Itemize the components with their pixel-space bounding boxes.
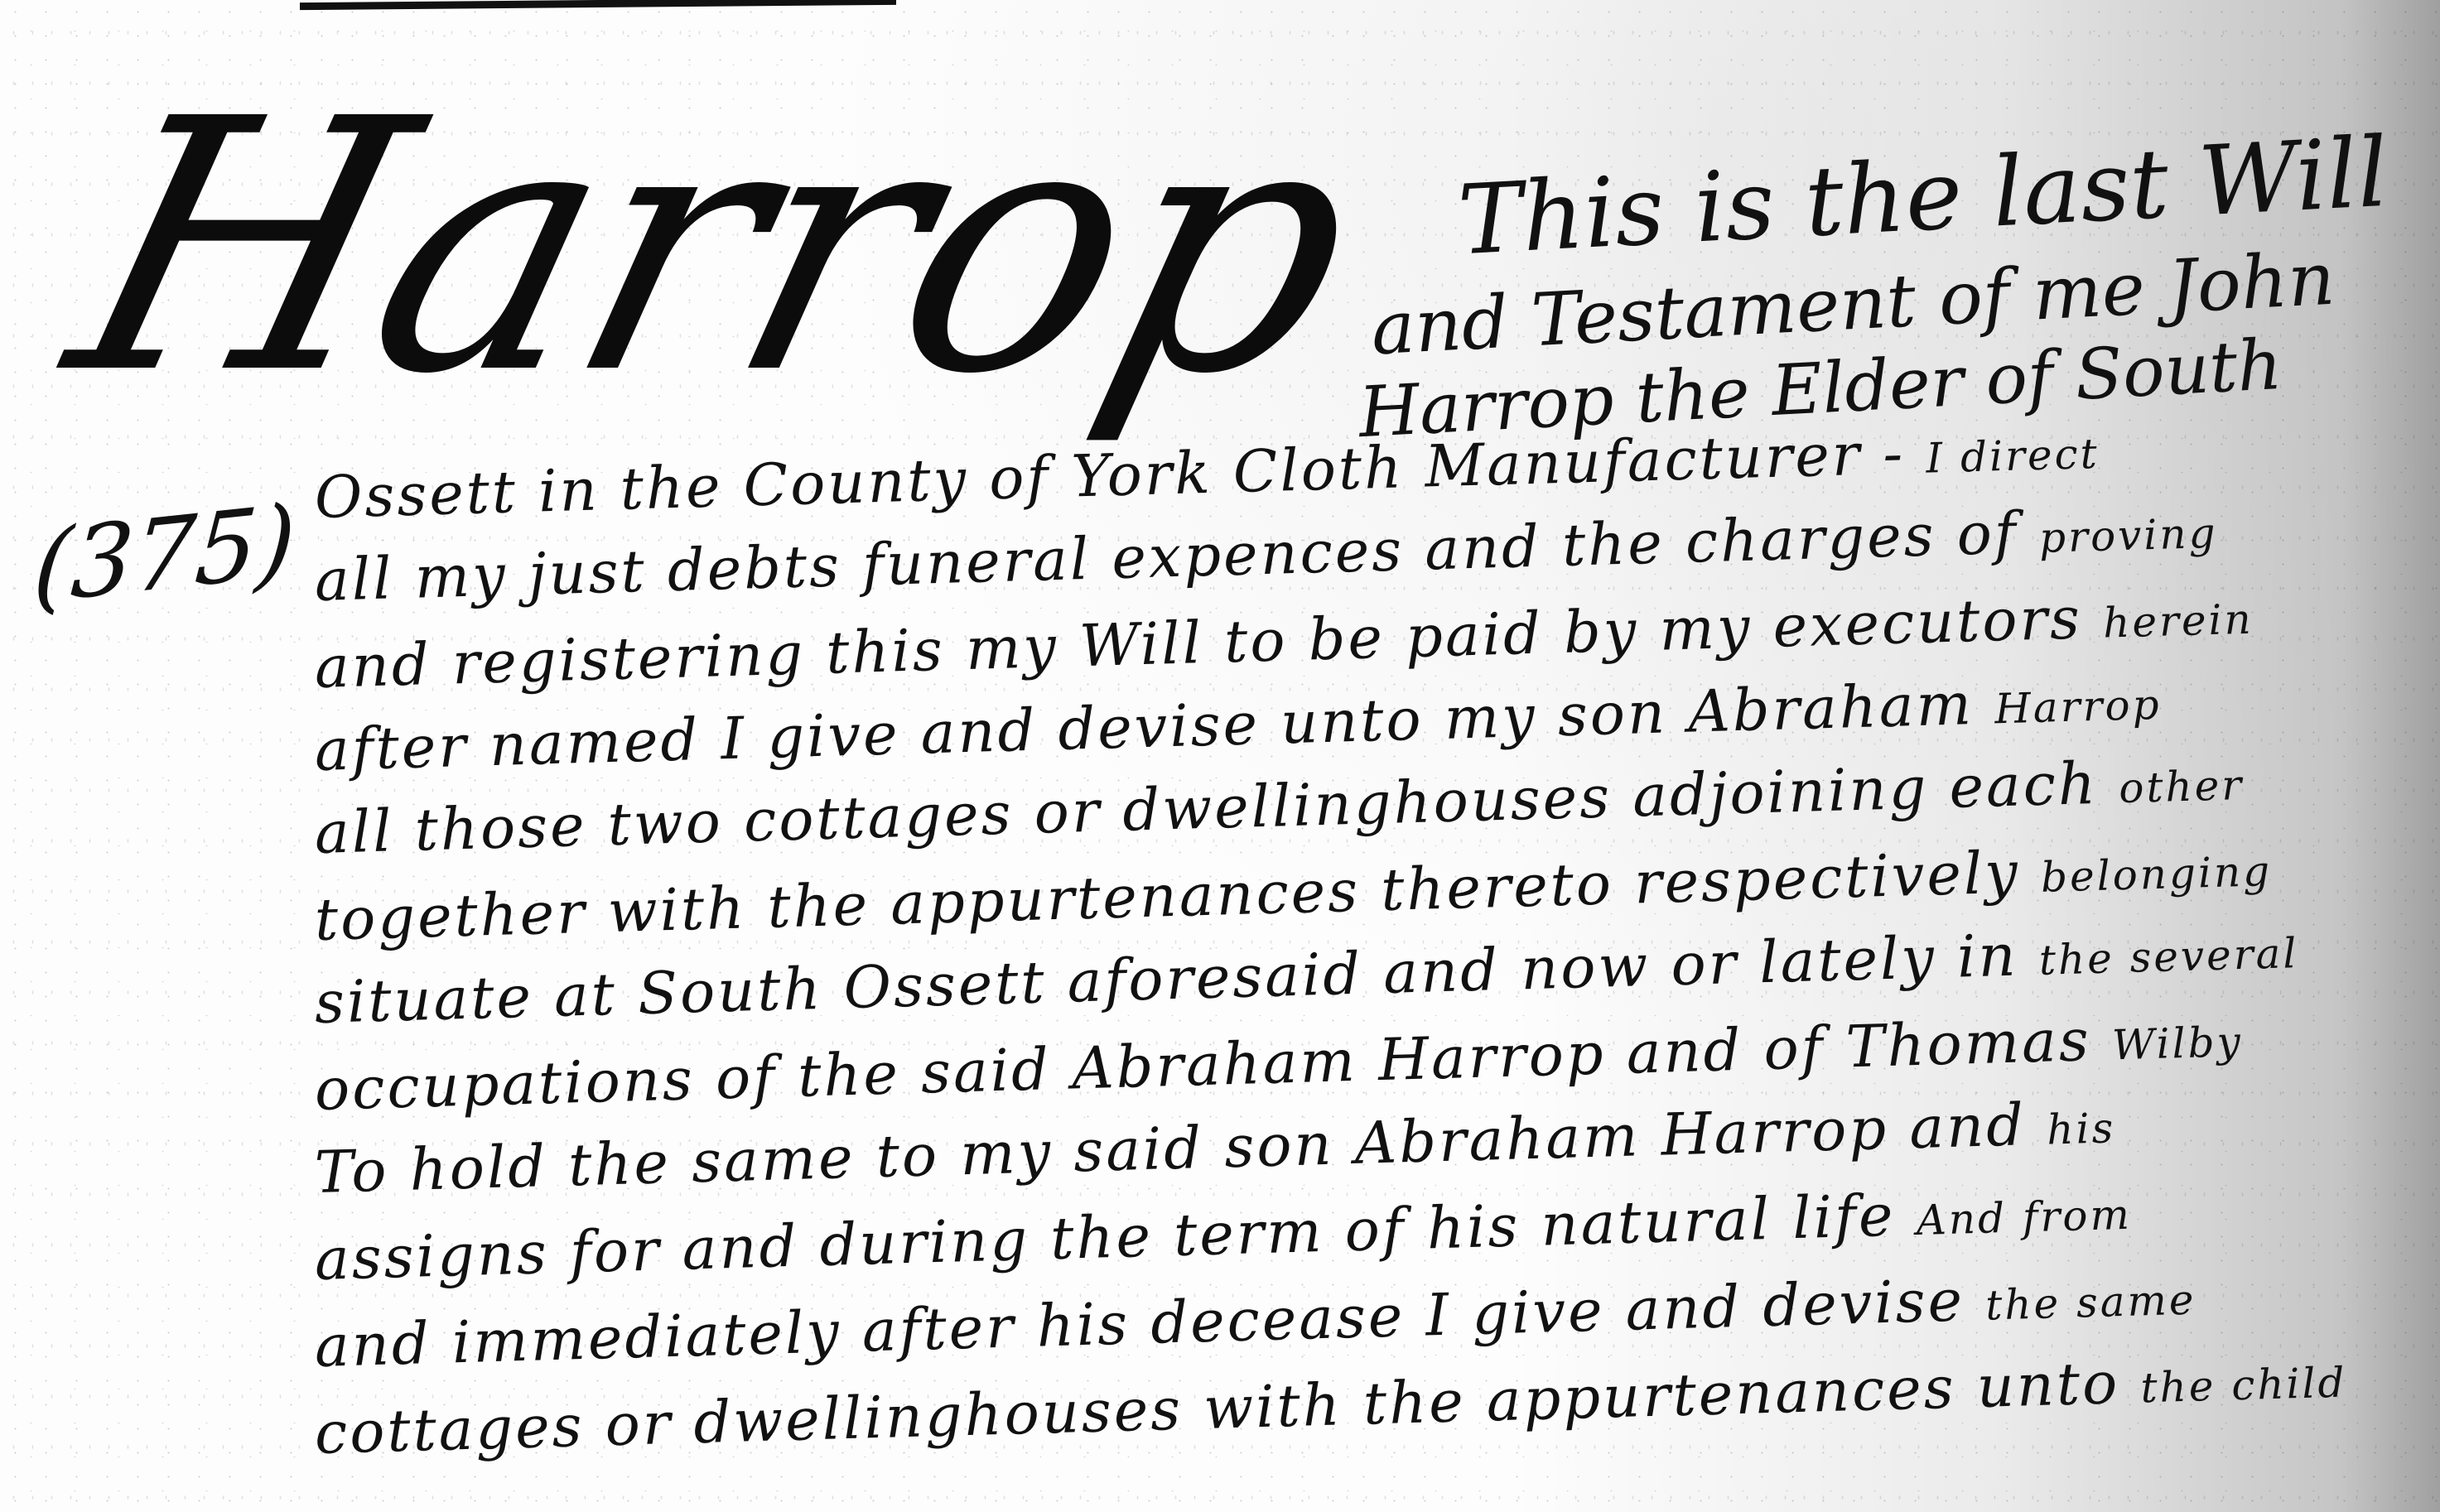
body-line-tail: Wilby <box>2111 1018 2243 1069</box>
body-line-tail: I direct <box>1926 430 2100 483</box>
surname-heading: Harrop <box>48 75 1381 422</box>
ruled-line <box>300 0 896 10</box>
body-line-tail: his <box>2046 1104 2115 1153</box>
body-line-tail: proving <box>2038 509 2218 562</box>
body-line-tail: Harrop <box>1994 681 2162 734</box>
body-line-tail: other <box>2118 761 2244 812</box>
body-line-tail: herein <box>2102 595 2254 648</box>
body-line-tail: And from <box>1916 1191 2133 1245</box>
body-line-tail: the several <box>2038 929 2299 985</box>
entry-number: (375) <box>30 483 299 626</box>
document-page: Harrop (375) This is the last Will and T… <box>0 0 2440 1512</box>
body-line-tail: belonging <box>2040 847 2273 902</box>
body-line-tail: the same <box>1984 1276 2196 1330</box>
body-line-tail: the child <box>2140 1358 2348 1412</box>
